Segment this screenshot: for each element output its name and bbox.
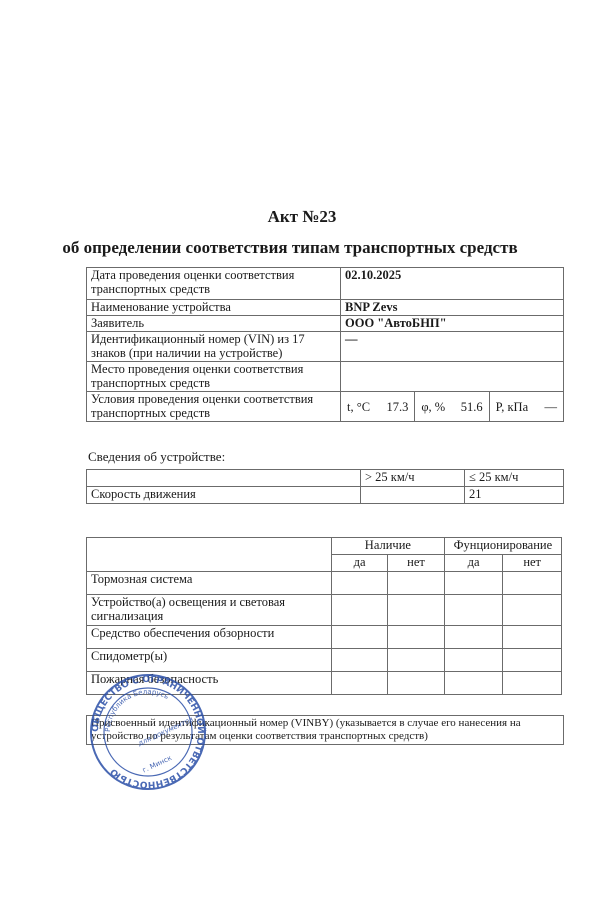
cell: [503, 595, 562, 626]
table-row: Заявитель ООО "АвтоБНП": [87, 316, 564, 332]
header-gt25: > 25 км/ч: [361, 470, 465, 487]
subheader-yes: да: [331, 555, 387, 572]
applicant-value: ООО "АвтоБНП": [341, 316, 564, 332]
document-subtitle: об определении соответствия типам трансп…: [0, 238, 604, 258]
cell: [331, 649, 387, 672]
speed-le25-value: 21: [465, 487, 564, 504]
pressure-value: —: [544, 400, 557, 414]
speed-gt25-value: [361, 487, 465, 504]
table-row: Место проведения оценки соответствия тра…: [87, 362, 564, 392]
location-value: [341, 362, 564, 392]
temperature-value: 17.3: [386, 400, 408, 414]
cell: [503, 672, 562, 695]
temperature: t, °C 17.3: [341, 392, 414, 421]
speed-label: Скорость движения: [87, 487, 361, 504]
main-info-table: Дата проведения оценки соответствия тран…: [86, 267, 564, 422]
table-row: Устройство(а) освещения и световая сигна…: [87, 595, 562, 626]
temperature-label: t, °C: [347, 400, 370, 414]
table-row: Средство обеспечения обзорности: [87, 626, 562, 649]
speed-table: > 25 км/ч ≤ 25 км/ч Скорость движения 21: [86, 469, 564, 504]
table-row: Наименование устройства BNP Zevs: [87, 300, 564, 316]
company-stamp-icon: ОБЩЕСТВО С ОГРАНИЧЕННОЙ ОТВЕТСТВЕННОСТЬЮ…: [88, 672, 208, 792]
cell: [331, 672, 387, 695]
system-label: Спидометр(ы): [87, 649, 332, 672]
document-title: Акт №23: [0, 207, 604, 227]
table-row: Условия проведения оценки соответствия т…: [87, 392, 564, 422]
cell: [331, 595, 387, 626]
system-label: Средство обеспечения обзорности: [87, 626, 332, 649]
cell: [444, 595, 503, 626]
humidity: φ, % 51.6: [414, 392, 488, 421]
table-header-row: > 25 км/ч ≤ 25 км/ч: [87, 470, 564, 487]
table-row: Спидометр(ы): [87, 649, 562, 672]
stamp-center-text: для документов: [136, 715, 195, 748]
cell: [388, 626, 445, 649]
row-label: Заявитель: [87, 316, 341, 332]
pressure-label: P, кПа: [496, 400, 528, 414]
humidity-label: φ, %: [421, 400, 445, 414]
system-label: Устройство(а) освещения и световая сигна…: [87, 595, 332, 626]
row-label: Идентификационный номер (VIN) из 17 знак…: [87, 332, 341, 362]
cell: [503, 649, 562, 672]
table-row: Дата проведения оценки соответствия тран…: [87, 268, 564, 300]
table-header-row: Наличие Фунционирование: [87, 538, 562, 555]
row-label: Наименование устройства: [87, 300, 341, 316]
row-label: Дата проведения оценки соответствия тран…: [87, 268, 341, 300]
cell: [388, 595, 445, 626]
cell: [331, 626, 387, 649]
cell: [444, 672, 503, 695]
row-label: Место проведения оценки соответствия тра…: [87, 362, 341, 392]
device-name-value: BNP Zevs: [341, 300, 564, 316]
header-le25: ≤ 25 км/ч: [465, 470, 564, 487]
cell: [444, 649, 503, 672]
cell: [331, 572, 387, 595]
header-empty: [87, 538, 332, 572]
cell: [388, 572, 445, 595]
humidity-value: 51.6: [461, 400, 483, 414]
table-row: Скорость движения 21: [87, 487, 564, 504]
table-row: Тормозная система: [87, 572, 562, 595]
table-row: Идентификационный номер (VIN) из 17 знак…: [87, 332, 564, 362]
header-presence: Наличие: [331, 538, 444, 555]
cell: [388, 672, 445, 695]
device-info-label: Сведения об устройстве:: [88, 449, 225, 465]
subheader-no: нет: [503, 555, 562, 572]
subheader-no: нет: [388, 555, 445, 572]
header-functioning: Фунционирование: [444, 538, 561, 555]
row-label: Условия проведения оценки соответствия т…: [87, 392, 341, 422]
cell: [444, 626, 503, 649]
date-value: 02.10.2025: [341, 268, 564, 300]
header-empty: [87, 470, 361, 487]
cell: [444, 572, 503, 595]
vin-value: —: [341, 332, 564, 362]
cell: [503, 626, 562, 649]
pressure: P, кПа —: [489, 392, 563, 421]
conditions-cell: t, °C 17.3 φ, % 51.6 P, кПа —: [341, 392, 564, 422]
subheader-yes: да: [444, 555, 503, 572]
cell: [388, 649, 445, 672]
system-label: Тормозная система: [87, 572, 332, 595]
cell: [503, 572, 562, 595]
